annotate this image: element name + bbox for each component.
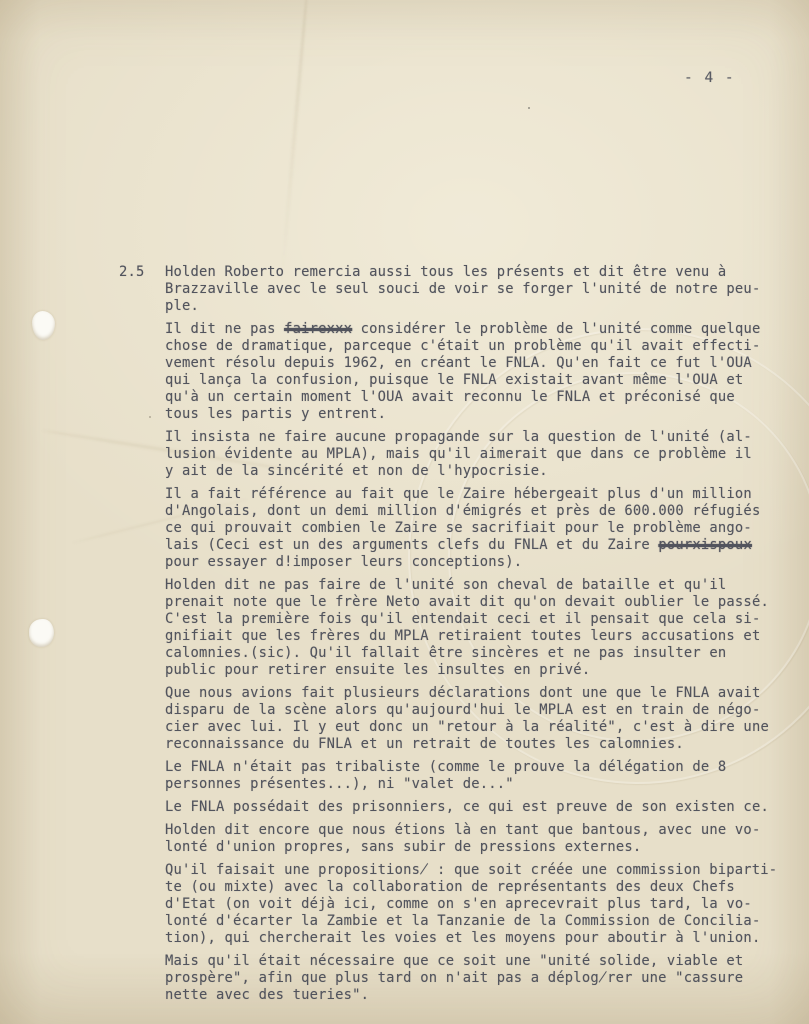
paragraphs-column: Holden Roberto remercia aussi tous les p… <box>165 264 809 1010</box>
paragraph-9: Holden dit encore que nous étions là en … <box>165 822 809 856</box>
paper-speck <box>528 107 530 109</box>
paragraph-11: Mais qu'il était nécessaire que ce soit … <box>165 953 809 1004</box>
paragraph-4: Il a fait référence au fait que le Zaire… <box>165 486 809 571</box>
punch-hole-bottom <box>29 619 54 647</box>
paragraph-10: Qu'il faisait une propositions̸ : que so… <box>165 862 809 947</box>
paragraph-5: Holden dit ne pas faire de l'unité son c… <box>165 577 809 679</box>
item-number: 2.5 <box>119 264 165 1010</box>
paragraph-4-post: pour essayer d!imposer leurs conceptions… <box>165 554 522 570</box>
paragraph-6: Que nous avions fait plusieurs déclarati… <box>165 685 809 753</box>
document-body: 2.5 Holden Roberto remercia aussi tous l… <box>119 264 809 1010</box>
paragraph-7: Le FNLA n'était pas tribaliste (comme le… <box>165 759 809 793</box>
struck-out-word: pourxispoux <box>658 537 752 553</box>
paragraph-3: Il insista ne faire aucune propagande su… <box>165 429 809 480</box>
page-number: - 4 - <box>684 70 735 86</box>
paragraph-2-pre: Il dit ne pas <box>165 321 284 337</box>
struck-out-word: fairexxx <box>284 321 352 337</box>
paragraph-8: Le FNLA possédait des prisonniers, ce qu… <box>165 799 809 816</box>
paragraph-2: Il dit ne pas fairexxx considérer le pro… <box>165 321 809 423</box>
paragraph-1: Holden Roberto remercia aussi tous les p… <box>165 264 809 315</box>
